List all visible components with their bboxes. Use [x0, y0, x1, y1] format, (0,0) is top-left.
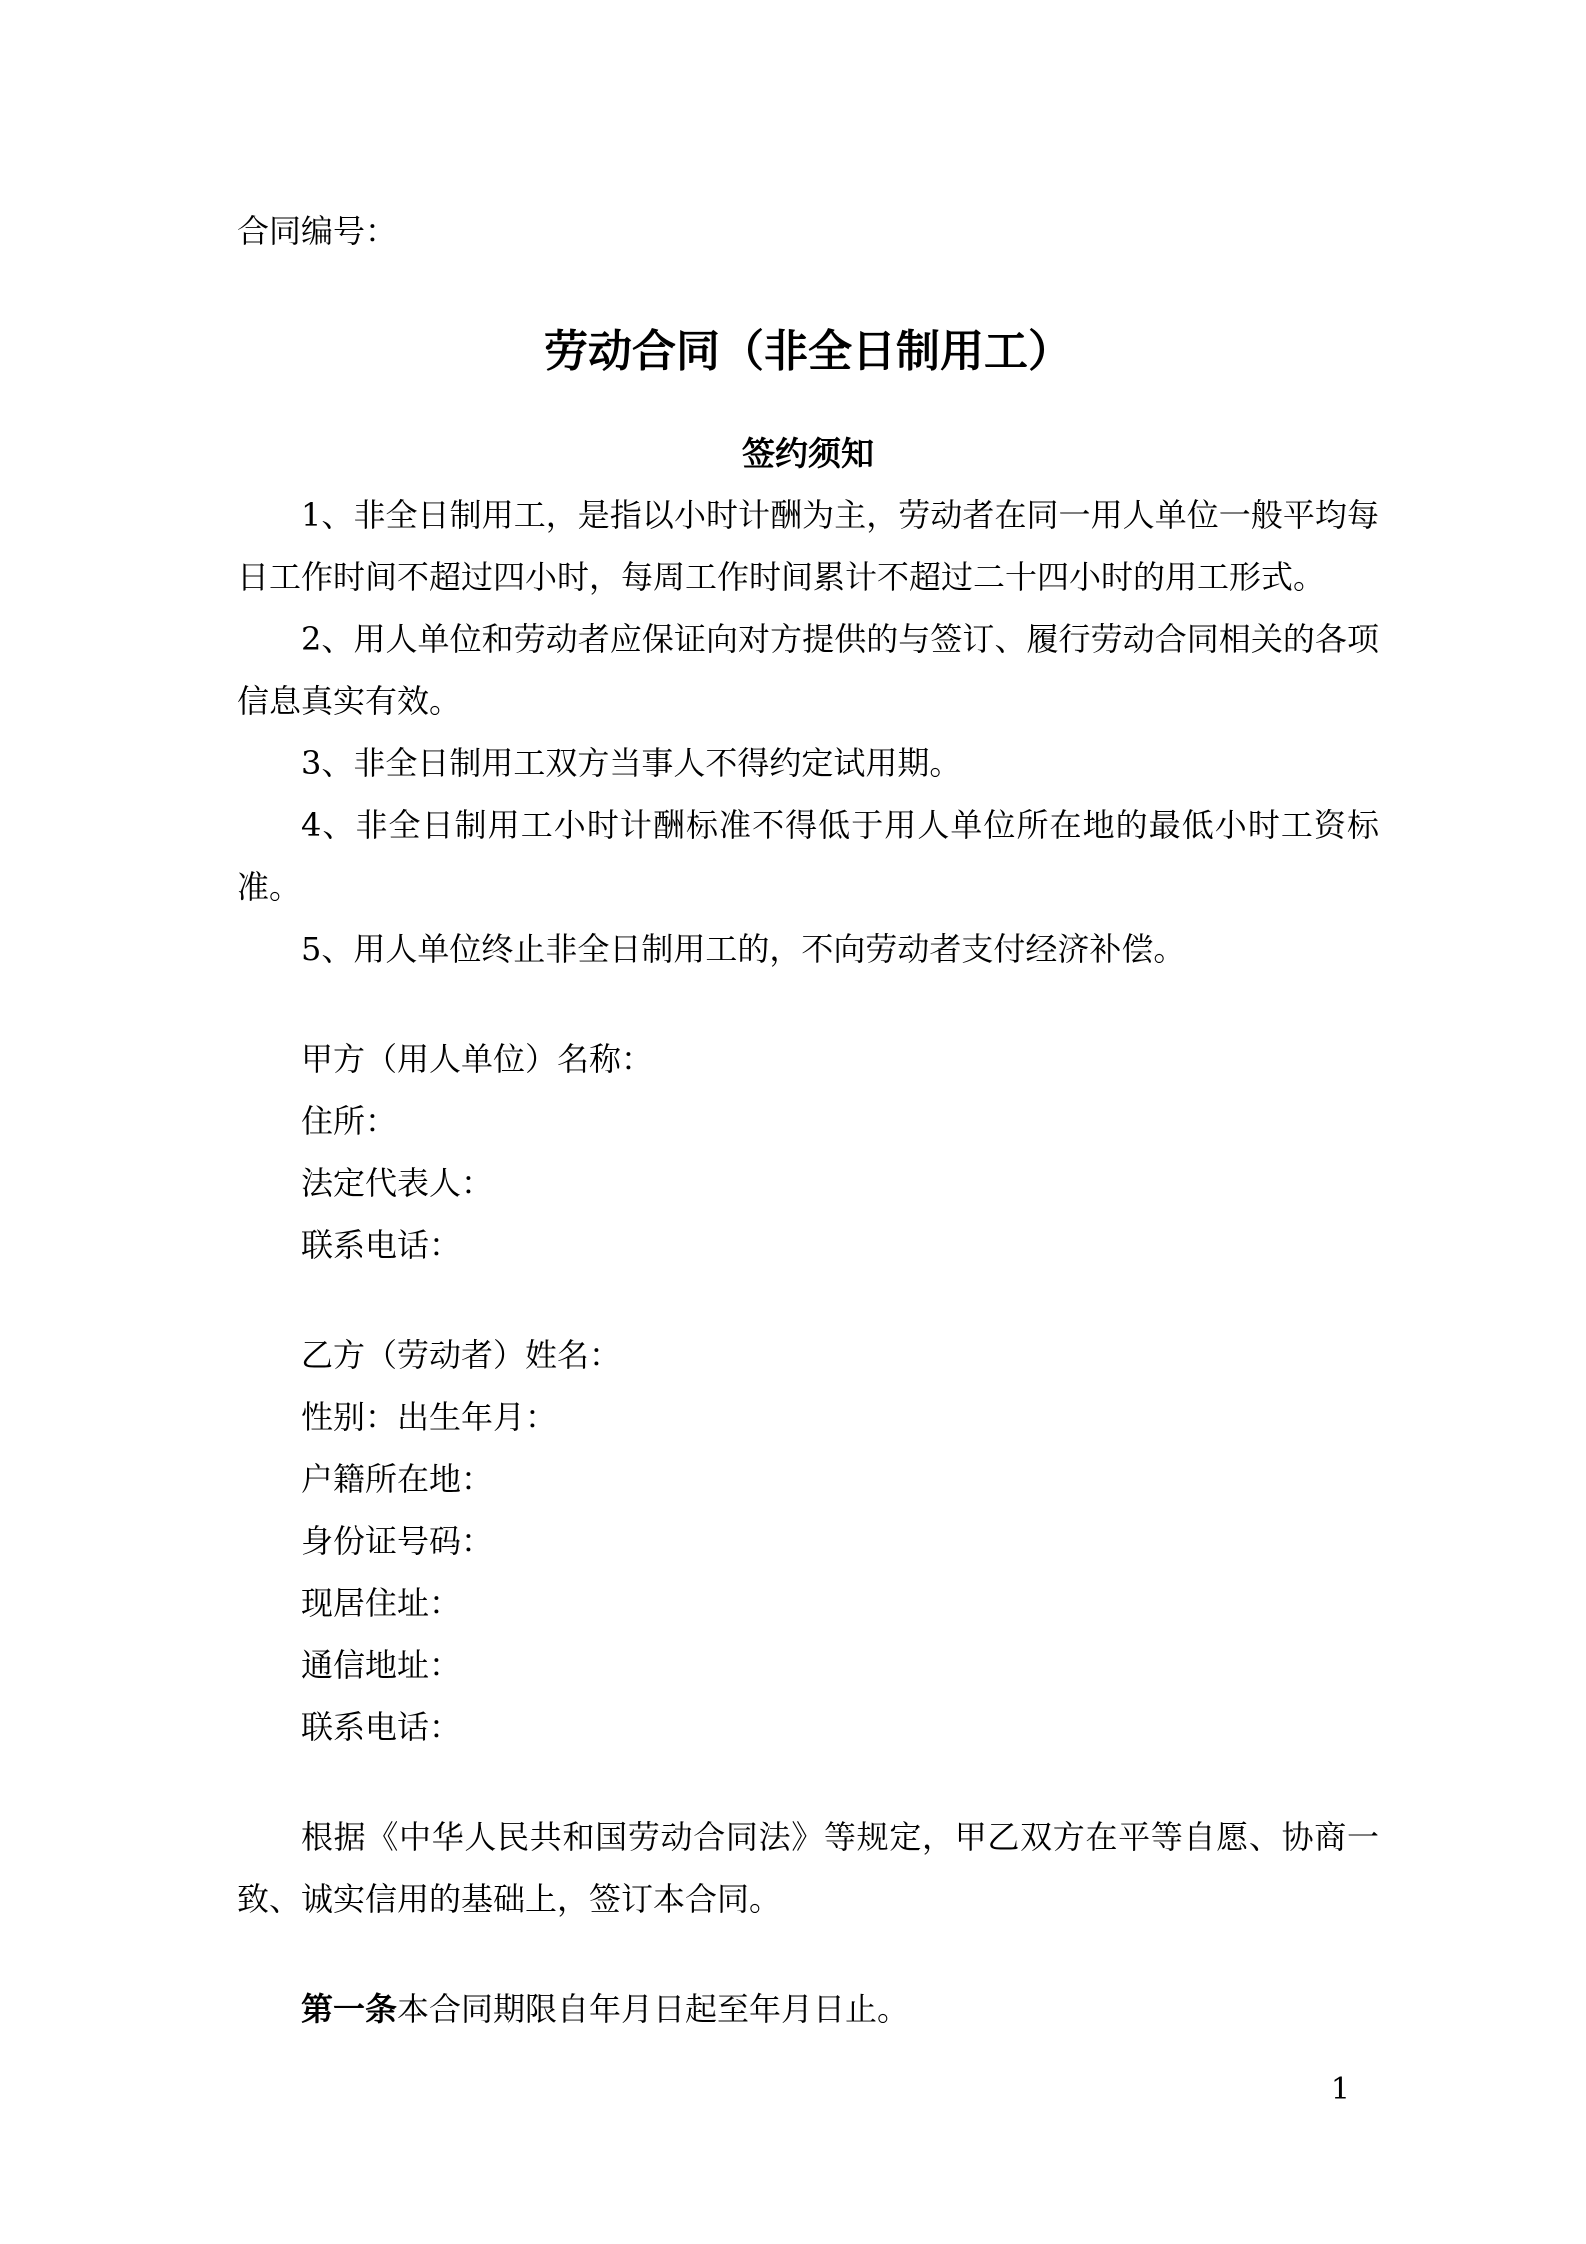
- contract-document-page: 合同编号： 劳动合同（非全日制用工） 签约须知 1、非全日制用工，是指以小时计酬…: [0, 0, 1586, 2244]
- notice-item-5: 5、用人单位终止非全日制用工的，不向劳动者支付经济补偿。: [237, 918, 1379, 980]
- article-1-text: 本合同期限自年月日起至年月日止。: [397, 1990, 909, 2028]
- party-a-name-field: 甲方（用人单位）名称：: [237, 1028, 1379, 1090]
- basis-section: 根据《中华人民共和国劳动合同法》等规定，甲乙双方在平等自愿、协商一致、诚实信用的…: [237, 1806, 1379, 1930]
- section-gap: [237, 1930, 1379, 1978]
- document-title: 劳动合同（非全日制用工）: [237, 322, 1379, 382]
- party-b-registered-residence-field: 户籍所在地：: [237, 1448, 1379, 1510]
- party-a-phone-field: 联系电话：: [237, 1214, 1379, 1276]
- section-gap: [237, 1758, 1379, 1806]
- page-number: 1: [1331, 2072, 1350, 2108]
- party-a-legal-rep-field: 法定代表人：: [237, 1152, 1379, 1214]
- party-a-address-field: 住所：: [237, 1090, 1379, 1152]
- notice-section: 1、非全日制用工，是指以小时计酬为主，劳动者在同一用人单位一般平均每日工作时间不…: [237, 484, 1379, 980]
- section-gap: [237, 980, 1379, 1028]
- party-b-current-address-field: 现居住址：: [237, 1572, 1379, 1634]
- notice-item-4: 4、非全日制用工小时计酬标准不得低于用人单位所在地的最低小时工资标准。: [237, 794, 1379, 918]
- party-b-section: 乙方（劳动者）姓名： 性别：出生年月： 户籍所在地： 身份证号码： 现居住址： …: [237, 1324, 1379, 1758]
- contract-number-label: 合同编号：: [237, 0, 1379, 262]
- party-b-gender-birth-field: 性别：出生年月：: [237, 1386, 1379, 1448]
- party-b-name-field: 乙方（劳动者）姓名：: [237, 1324, 1379, 1386]
- notice-item-2: 2、用人单位和劳动者应保证向对方提供的与签订、履行劳动合同相关的各项信息真实有效…: [237, 608, 1379, 732]
- notice-heading: 签约须知: [237, 430, 1379, 478]
- section-gap: [237, 1276, 1379, 1324]
- party-b-mailing-address-field: 通信地址：: [237, 1634, 1379, 1696]
- party-b-id-number-field: 身份证号码：: [237, 1510, 1379, 1572]
- document-content: 合同编号： 劳动合同（非全日制用工） 签约须知 1、非全日制用工，是指以小时计酬…: [237, 0, 1379, 2040]
- party-a-section: 甲方（用人单位）名称： 住所： 法定代表人： 联系电话：: [237, 1028, 1379, 1276]
- article-1-section: 第一条本合同期限自年月日起至年月日止。: [237, 1978, 1379, 2040]
- basis-paragraph: 根据《中华人民共和国劳动合同法》等规定，甲乙双方在平等自愿、协商一致、诚实信用的…: [237, 1806, 1379, 1930]
- notice-item-3: 3、非全日制用工双方当事人不得约定试用期。: [237, 732, 1379, 794]
- party-b-phone-field: 联系电话：: [237, 1696, 1379, 1758]
- article-1-label: 第一条: [301, 1990, 397, 2028]
- article-1-line: 第一条本合同期限自年月日起至年月日止。: [237, 1978, 1379, 2040]
- notice-item-1: 1、非全日制用工，是指以小时计酬为主，劳动者在同一用人单位一般平均每日工作时间不…: [237, 484, 1379, 608]
